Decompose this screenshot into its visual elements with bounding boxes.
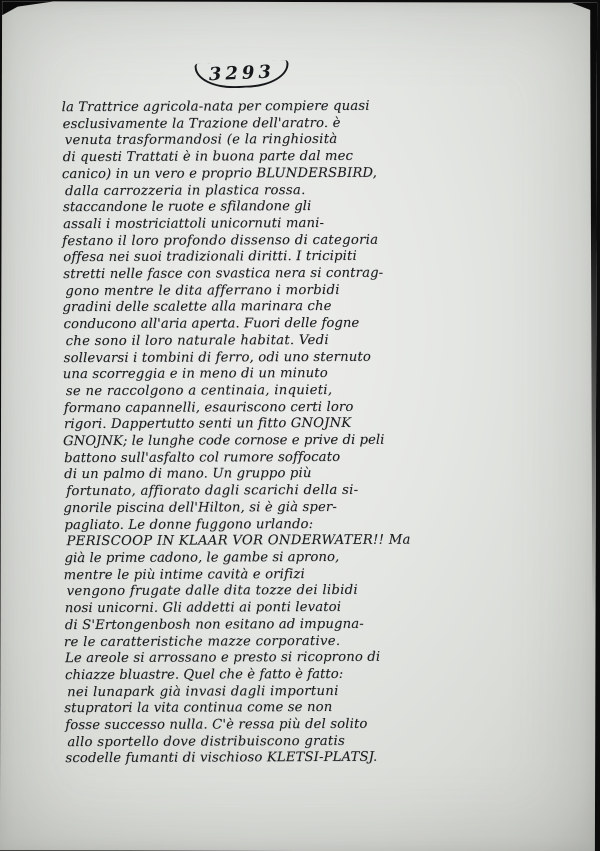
photo-edge-top-left bbox=[2, 1, 54, 15]
manuscript-line: nei lunapark già invasi dagli importuni bbox=[67, 683, 551, 702]
manuscript-line: se ne raccolgono a centinaia, inquieti, bbox=[66, 382, 550, 401]
manuscript-line: fosse successo nulla. C'è ressa più del … bbox=[65, 716, 551, 735]
photo-frame: 3293 la Trattrice agricola-nata per comp… bbox=[0, 0, 600, 851]
manuscript-line: la Trattrice agricola-nata per compiere … bbox=[62, 98, 549, 117]
manuscript-line: PERISCOOP IN KLAAR VOR ONDERWATER!! Ma bbox=[66, 532, 550, 551]
manuscript-line: canico) in un vero e proprio BLUNDERSBIR… bbox=[62, 165, 549, 184]
manuscript-line: nosi unicorni. Gli addetti ai ponti leva… bbox=[65, 599, 551, 618]
manuscript-line: scodelle fumanti di vischioso KLETSI-PLA… bbox=[65, 749, 551, 768]
manuscript-line: battono sull'asfalto col rumore soffocat… bbox=[64, 449, 550, 468]
manuscript-line: fortunato, affiorato dagli scarichi dell… bbox=[66, 482, 550, 501]
manuscript-line: venuta trasformandosi (e la ringhiosità bbox=[65, 131, 549, 150]
manuscript-line: di questi Trattati è in buona parte dal … bbox=[63, 148, 549, 167]
manuscript-line: re le caratteristiche mazze corporative. bbox=[64, 632, 551, 651]
manuscript-line: conducono all'aria aperta. Fuori delle f… bbox=[63, 315, 549, 334]
manuscript-line: sollevarsi i tombini di ferro, odi uno s… bbox=[64, 349, 550, 368]
manuscript-line: festano il loro profondo dissenso di cat… bbox=[62, 232, 549, 251]
manuscript-line: una scorreggia e in meno di un minuto bbox=[63, 365, 550, 384]
manuscript-line: dalla carrozzeria in plastica rossa. bbox=[65, 181, 549, 200]
manuscript-line: staccandone le ruote e sfilandone gli bbox=[63, 198, 549, 217]
manuscript-line: gnorile piscina dell'Hilton, si è già sp… bbox=[63, 499, 550, 518]
manuscript-line: assali i mostriciattoli unicornuti mani- bbox=[63, 215, 549, 234]
manuscript-line: di S'Ertongenbosh non esitano ad impugna… bbox=[65, 616, 551, 635]
manuscript-page: 3293 la Trattrice agricola-nata per comp… bbox=[0, 1, 597, 851]
manuscript-line: GNOJNK; le lunghe code cornose e prive d… bbox=[63, 432, 550, 451]
manuscript-line: stretti nelle fasce con svastica nera si… bbox=[63, 265, 549, 284]
page-number: 3293 bbox=[194, 60, 289, 90]
manuscript-line: pagliato. Le donne fuggono urlando: bbox=[64, 516, 550, 535]
manuscript-line: esclusivamente la Trazione dell'aratro. … bbox=[63, 115, 549, 134]
manuscript-line: vengono frugate dalle dita tozze dei lib… bbox=[67, 582, 551, 601]
manuscript-line: allo sportello dove distribuiscono grati… bbox=[67, 733, 551, 752]
manuscript-line: chiazze bluastre. Quel che è fatto è fat… bbox=[65, 666, 551, 685]
manuscript-line: rigori. Dappertutto senti un fitto GNOJN… bbox=[64, 415, 550, 434]
manuscript-line: gradini delle scalette alla marinara che bbox=[62, 298, 549, 317]
manuscript-line: offesa nei suoi tradizionali diritti. I … bbox=[63, 248, 549, 267]
manuscript-line: gono mentre le dita afferrano i morbidi bbox=[65, 282, 549, 301]
photo-edge-right bbox=[589, 3, 598, 614]
manuscript-line: di un palmo di mano. Un gruppo più bbox=[64, 465, 550, 484]
handwriting-text: la Trattrice agricola-nata per compiere … bbox=[63, 98, 552, 768]
manuscript-line: formano capannelli, esauriscono certi lo… bbox=[64, 399, 550, 418]
manuscript-line: già le prime cadono, le gambe si aprono, bbox=[64, 549, 550, 568]
manuscript-line: Le areole si arrossano e presto si ricop… bbox=[65, 649, 551, 668]
manuscript-line: stupratori la vita continua come se non bbox=[64, 699, 551, 718]
manuscript-line: mentre le più intime cavità e orifizi bbox=[64, 566, 551, 585]
manuscript-line: che sono il loro naturale habitat. Vedi bbox=[66, 332, 550, 351]
